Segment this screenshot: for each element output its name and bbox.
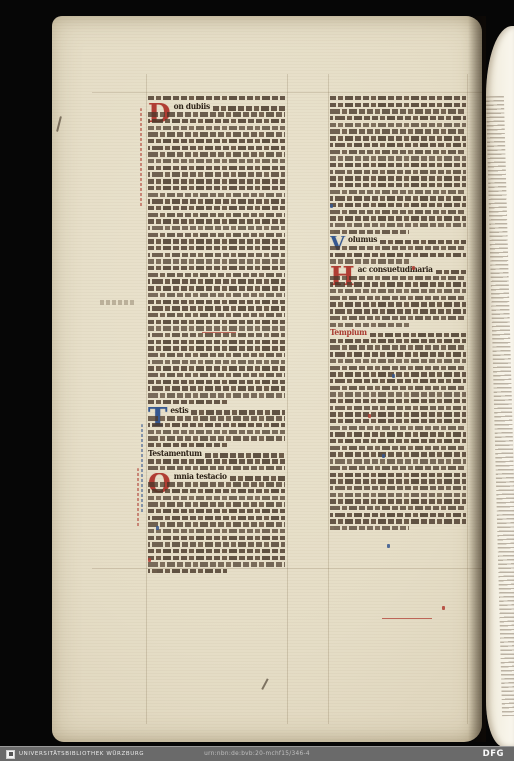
pen-flourish — [140, 108, 142, 208]
paragraph-mark-icon — [412, 266, 415, 270]
paragraph-mark-icon — [382, 454, 385, 458]
section-heading: mnia testacio — [174, 473, 227, 481]
red-underline — [382, 618, 432, 619]
manuscript-section: Hac consuetudinaria — [330, 266, 466, 329]
manuscript-section: Testamentum — [148, 450, 285, 473]
section-heading: ac consuetudinaria — [358, 266, 433, 274]
section-heading: on dubiis — [174, 103, 210, 111]
photo-stage: Don dubiisTestisTestamentumOmnia testaci… — [0, 0, 514, 761]
paragraph-mark-icon — [330, 204, 333, 208]
paragraph-mark-icon — [156, 526, 159, 530]
ruling-line — [287, 74, 288, 724]
facing-page-text — [486, 96, 514, 716]
pen-flourish — [141, 424, 143, 514]
section-heading: Templum — [330, 329, 367, 337]
paragraph-mark-icon — [148, 558, 151, 562]
paragraph-mark-icon — [392, 374, 395, 378]
viewer-footer: UNIVERSITÄTSBIBLIOTHEK WÜRZBURG urn:nbn:… — [0, 746, 514, 761]
paragraph-mark-icon — [442, 606, 445, 610]
manuscript-section: Testis — [148, 407, 285, 450]
gutter-shadow — [468, 16, 486, 742]
manuscript-section: Omnia testacio — [148, 473, 285, 576]
manuscript-section: Templum — [330, 329, 466, 533]
ink-mark — [56, 116, 62, 132]
text-column-right: VolumusHac consuetudinariaTemplum — [330, 96, 466, 533]
marginal-note — [100, 300, 134, 305]
paragraph-mark-icon — [368, 414, 371, 418]
ruling-line — [92, 92, 482, 93]
ink-mark — [261, 678, 268, 689]
ruling-line — [146, 74, 147, 724]
manuscript-section: Don dubiis — [148, 103, 285, 407]
paragraph-mark-icon — [387, 544, 390, 548]
section-heading: estis — [170, 407, 188, 415]
pen-flourish — [137, 468, 139, 528]
section-heading: olumus — [348, 236, 377, 244]
manuscript-section — [148, 96, 285, 103]
decorated-initial: V — [330, 236, 345, 252]
dfg-logo: DFG — [483, 749, 504, 759]
text-column-left: Don dubiisTestisTestamentumOmnia testaci… — [148, 96, 285, 576]
section-heading: Testamentum — [148, 450, 202, 458]
manuscript-section: Volumus — [330, 236, 466, 266]
urn-identifier: urn:nbn:de:bvb:20-mchf15/346-4 — [0, 751, 514, 757]
ruling-line — [328, 74, 329, 724]
manuscript-page: Don dubiisTestisTestamentumOmnia testaci… — [52, 16, 482, 742]
facing-page-edge — [486, 26, 514, 747]
manuscript-section — [330, 96, 466, 236]
red-underline — [202, 332, 236, 333]
